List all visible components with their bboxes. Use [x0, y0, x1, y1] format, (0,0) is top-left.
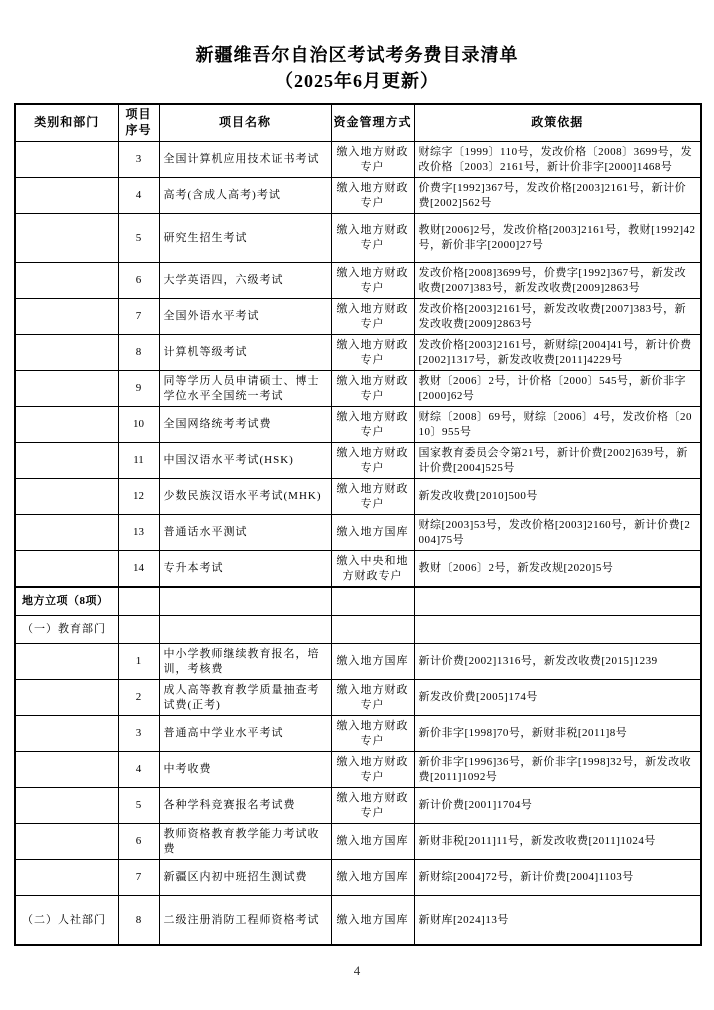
cell-fund-method: 缴入地方财政专户: [331, 716, 414, 752]
cell-project-name: 中考收费: [159, 752, 331, 788]
column-header-project-name: 项目名称: [159, 104, 331, 142]
cell-policy-basis: 新计价费[2002]1316号，新发改收费[2015]1239: [414, 644, 701, 680]
cell-category: [15, 443, 118, 479]
cell-fund-method: 缴入地方财政专户: [331, 479, 414, 515]
cell-category: [15, 371, 118, 407]
column-header-policy-basis: 政策依据: [414, 104, 701, 142]
cell-category: [15, 142, 118, 178]
document-page: 新疆维吾尔自治区考试考务费目录清单 （2025年6月更新） 类别和部门 项目序号…: [0, 0, 714, 1010]
cell-item-number: 13: [118, 515, 159, 551]
cell-item-number: 4: [118, 752, 159, 788]
table-row: 8 计算机等级考试 缴入地方财政专户 发改价格[2003]2161号，新财综[2…: [15, 335, 701, 371]
cell-fund-method: [331, 587, 414, 616]
cell-project-name: [159, 587, 331, 616]
table-row: 地方立项（8项）: [15, 587, 701, 616]
cell-project-name: 成人高等教育教学质量抽查考试费(正考): [159, 680, 331, 716]
table-row: 13 普通话水平测试 缴入地方国库 财综[2003]53号，发改价格[2003]…: [15, 515, 701, 551]
cell-category: [15, 824, 118, 860]
table-row: 6 教师资格教育教学能力考试收费 缴入地方国库 新财非税[2011]11号，新发…: [15, 824, 701, 860]
table-row: 11 中国汉语水平考试(HSK) 缴入地方财政专户 国家教育委员会令第21号，新…: [15, 443, 701, 479]
cell-fund-method: 缴入地方财政专户: [331, 263, 414, 299]
table-row: 5 各种学科竞赛报名考试费 缴入地方财政专户 新计价费[2001]1704号: [15, 788, 701, 824]
table-row: （一）教育部门: [15, 616, 701, 644]
cell-project-name: 普通话水平测试: [159, 515, 331, 551]
cell-policy-basis: 财综[2003]53号，发改价格[2003]2160号，新计价费[2004]75…: [414, 515, 701, 551]
cell-policy-basis: 教财〔2006〕2号，计价格〔2000〕545号，新价非字[2000]62号: [414, 371, 701, 407]
cell-policy-basis: 发改价格[2003]2161号，新财综[2004]41号，新计价费[2002]1…: [414, 335, 701, 371]
cell-policy-basis: 新计价费[2001]1704号: [414, 788, 701, 824]
cell-item-number: 12: [118, 479, 159, 515]
cell-category: （二）人社部门: [15, 896, 118, 946]
cell-fund-method: 缴入地方财政专户: [331, 752, 414, 788]
cell-project-name: 各种学科竞赛报名考试费: [159, 788, 331, 824]
cell-fund-method: 缴入地方国库: [331, 824, 414, 860]
table-row: 4 中考收费 缴入地方财政专户 新价非字[1996]36号，新价非字[1998]…: [15, 752, 701, 788]
cell-policy-basis: 新发改价费[2005]174号: [414, 680, 701, 716]
cell-project-name: 全国外语水平考试: [159, 299, 331, 335]
cell-item-number: [118, 616, 159, 644]
cell-category: [15, 788, 118, 824]
fee-directory-table: 类别和部门 项目序号 项目名称 资金管理方式 政策依据 3 全国计算机应用技术证…: [14, 103, 702, 946]
cell-category: [15, 263, 118, 299]
cell-fund-method: 缴入地方财政专户: [331, 371, 414, 407]
cell-category: [15, 551, 118, 588]
table-row: 4 高考(含成人高考)考试 缴入地方财政专户 价费字[1992]367号，发改价…: [15, 178, 701, 214]
cell-item-number: 8: [118, 335, 159, 371]
cell-fund-method: [331, 616, 414, 644]
cell-policy-basis: 教财[2006]2号，发改价格[2003]2161号，教财[1992]42号，新…: [414, 214, 701, 263]
cell-project-name: 普通高中学业水平考试: [159, 716, 331, 752]
cell-category: 地方立项（8项）: [15, 587, 118, 616]
cell-item-number: 7: [118, 299, 159, 335]
cell-category: （一）教育部门: [15, 616, 118, 644]
document-title: 新疆维吾尔自治区考试考务费目录清单 （2025年6月更新）: [0, 42, 714, 94]
cell-policy-basis: 财综〔2008〕69号，财综〔2006〕4号，发改价格〔2010〕955号: [414, 407, 701, 443]
table-row: 5 研究生招生考试 缴入地方财政专户 教财[2006]2号，发改价格[2003]…: [15, 214, 701, 263]
column-header-category: 类别和部门: [15, 104, 118, 142]
cell-policy-basis: 教财〔2006〕2号，新发改规[2020]5号: [414, 551, 701, 588]
page-subtitle: （2025年6月更新）: [0, 68, 714, 94]
cell-item-number: 5: [118, 788, 159, 824]
cell-policy-basis: 新财非税[2011]11号，新发改收费[2011]1024号: [414, 824, 701, 860]
cell-fund-method: 缴入地方财政专户: [331, 178, 414, 214]
cell-fund-method: 缴入地方财政专户: [331, 142, 414, 178]
cell-fund-method: 缴入地方财政专户: [331, 299, 414, 335]
cell-item-number: 5: [118, 214, 159, 263]
cell-policy-basis: 新财库[2024]13号: [414, 896, 701, 946]
cell-fund-method: 缴入中央和地方财政专户: [331, 551, 414, 588]
cell-policy-basis: 新财综[2004]72号，新计价费[2004]1103号: [414, 860, 701, 896]
cell-category: [15, 178, 118, 214]
column-header-fund-method: 资金管理方式: [331, 104, 414, 142]
column-header-item-number: 项目序号: [118, 104, 159, 142]
cell-item-number: 3: [118, 142, 159, 178]
cell-item-number: 6: [118, 824, 159, 860]
cell-policy-basis: 国家教育委员会令第21号，新计价费[2002]639号，新计价费[2004]52…: [414, 443, 701, 479]
cell-fund-method: 缴入地方国库: [331, 896, 414, 946]
cell-item-number: 6: [118, 263, 159, 299]
cell-project-name: [159, 616, 331, 644]
cell-category: [15, 335, 118, 371]
table-row: 7 新疆区内初中班招生测试费 缴入地方国库 新财综[2004]72号，新计价费[…: [15, 860, 701, 896]
cell-project-name: 大学英语四，六级考试: [159, 263, 331, 299]
cell-category: [15, 407, 118, 443]
cell-item-number: 11: [118, 443, 159, 479]
table-row: 2 成人高等教育教学质量抽查考试费(正考) 缴入地方财政专户 新发改价费[200…: [15, 680, 701, 716]
page-title: 新疆维吾尔自治区考试考务费目录清单: [0, 42, 714, 68]
cell-project-name: 全国计算机应用技术证书考试: [159, 142, 331, 178]
cell-category: [15, 299, 118, 335]
cell-policy-basis: 发改价格[2003]2161号，新发改收费[2007]383号，新发改收费[20…: [414, 299, 701, 335]
cell-fund-method: 缴入地方财政专户: [331, 214, 414, 263]
cell-policy-basis: [414, 587, 701, 616]
cell-fund-method: 缴入地方财政专户: [331, 788, 414, 824]
cell-category: [15, 680, 118, 716]
table-row: 3 全国计算机应用技术证书考试 缴入地方财政专户 财综字〔1999〕110号，发…: [15, 142, 701, 178]
cell-fund-method: 缴入地方财政专户: [331, 407, 414, 443]
cell-fund-method: 缴入地方财政专户: [331, 335, 414, 371]
cell-item-number: 7: [118, 860, 159, 896]
cell-project-name: 少数民族汉语水平考试(MHK): [159, 479, 331, 515]
cell-policy-basis: 价费字[1992]367号，发改价格[2003]2161号，新计价费[2002]…: [414, 178, 701, 214]
cell-category: [15, 214, 118, 263]
table-row: 12 少数民族汉语水平考试(MHK) 缴入地方财政专户 新发改收费[2010]5…: [15, 479, 701, 515]
cell-project-name: 教师资格教育教学能力考试收费: [159, 824, 331, 860]
cell-policy-basis: [414, 616, 701, 644]
cell-category: [15, 515, 118, 551]
cell-item-number: 4: [118, 178, 159, 214]
cell-item-number: 10: [118, 407, 159, 443]
cell-category: [15, 752, 118, 788]
cell-item-number: 8: [118, 896, 159, 946]
cell-category: [15, 479, 118, 515]
cell-fund-method: 缴入地方财政专户: [331, 680, 414, 716]
cell-item-number: 2: [118, 680, 159, 716]
cell-fund-method: 缴入地方国库: [331, 515, 414, 551]
cell-project-name: 专升本考试: [159, 551, 331, 588]
cell-project-name: 中国汉语水平考试(HSK): [159, 443, 331, 479]
table-row: 3 普通高中学业水平考试 缴入地方财政专户 新价非字[1998]70号，新财非税…: [15, 716, 701, 752]
cell-fund-method: 缴入地方国库: [331, 644, 414, 680]
cell-fund-method: 缴入地方国库: [331, 860, 414, 896]
cell-item-number: 3: [118, 716, 159, 752]
cell-project-name: 计算机等级考试: [159, 335, 331, 371]
cell-project-name: 全国网络统考考试费: [159, 407, 331, 443]
cell-project-name: 同等学历人员申请硕士、博士学位水平全国统一考试: [159, 371, 331, 407]
table-row: （二）人社部门 8 二级注册消防工程师资格考试 缴入地方国库 新财库[2024]…: [15, 896, 701, 946]
cell-policy-basis: 新价非字[1998]70号，新财非税[2011]8号: [414, 716, 701, 752]
cell-policy-basis: 财综字〔1999〕110号，发改价格〔2008〕3699号，发改价格〔2003〕…: [414, 142, 701, 178]
header-row: 类别和部门 项目序号 项目名称 资金管理方式 政策依据: [15, 104, 701, 142]
table-row: 6 大学英语四，六级考试 缴入地方财政专户 发改价格[2008]3699号，价费…: [15, 263, 701, 299]
table-row: 9 同等学历人员申请硕士、博士学位水平全国统一考试 缴入地方财政专户 教财〔20…: [15, 371, 701, 407]
cell-item-number: 1: [118, 644, 159, 680]
cell-project-name: 研究生招生考试: [159, 214, 331, 263]
table-row: 10 全国网络统考考试费 缴入地方财政专户 财综〔2008〕69号，财综〔200…: [15, 407, 701, 443]
cell-project-name: 二级注册消防工程师资格考试: [159, 896, 331, 946]
cell-category: [15, 644, 118, 680]
cell-item-number: 14: [118, 551, 159, 588]
cell-policy-basis: 新价非字[1996]36号，新价非字[1998]32号，新发改收费[2011]1…: [414, 752, 701, 788]
table-row: 7 全国外语水平考试 缴入地方财政专户 发改价格[2003]2161号，新发改收…: [15, 299, 701, 335]
cell-fund-method: 缴入地方财政专户: [331, 443, 414, 479]
page-number: 4: [0, 963, 714, 979]
cell-project-name: 中小学教师继续教育报名，培训，考核费: [159, 644, 331, 680]
cell-item-number: [118, 587, 159, 616]
table-row: 1 中小学教师继续教育报名，培训，考核费 缴入地方国库 新计价费[2002]13…: [15, 644, 701, 680]
cell-category: [15, 716, 118, 752]
cell-project-name: 高考(含成人高考)考试: [159, 178, 331, 214]
table-row: 14 专升本考试 缴入中央和地方财政专户 教财〔2006〕2号，新发改规[202…: [15, 551, 701, 588]
cell-item-number: 9: [118, 371, 159, 407]
cell-policy-basis: 发改价格[2008]3699号，价费字[1992]367号，新发改收费[2007…: [414, 263, 701, 299]
cell-policy-basis: 新发改收费[2010]500号: [414, 479, 701, 515]
cell-project-name: 新疆区内初中班招生测试费: [159, 860, 331, 896]
cell-category: [15, 860, 118, 896]
